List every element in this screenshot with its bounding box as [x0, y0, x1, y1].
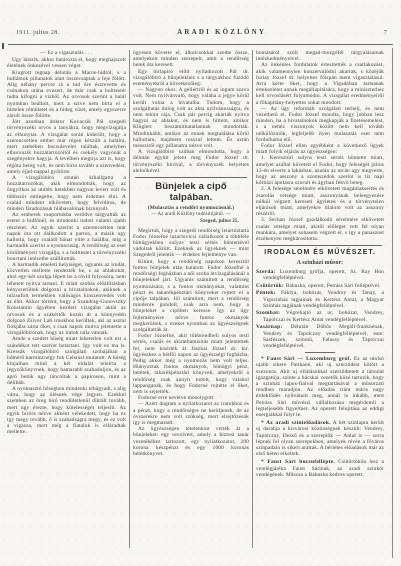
divider-rule [258, 245, 382, 246]
section-title: IRODALOM ÉS MŰVÉSZET. [256, 250, 384, 256]
item-lead: Szombat: [256, 310, 280, 316]
divider-rule [135, 177, 247, 178]
column-divider [129, 50, 130, 548]
paragraph: Jött azonban doktor Kovacsik Pál szegedi… [7, 119, 126, 175]
paragraph: A nyomasztó hőségben mindenki elbágyadt,… [7, 386, 126, 436]
divider-rule [305, 352, 335, 353]
column-layout: — Ez a vigasztalás . . .Ugy látszik, akk… [7, 50, 384, 550]
program-item: Szombat: Végrehajtó az ur, bohózat, Vend… [256, 310, 384, 322]
column-divider [252, 50, 253, 548]
paragraph: — Ez a vigasztalás . . . [7, 50, 126, 56]
newspaper-title: ARADI KÖZLÖNY [60, 28, 384, 36]
page-number: 7 [384, 29, 387, 36]
paragraph: A harmadik emeleti helyiséget, ugyanis a… [7, 262, 126, 336]
program-item: Vasárnap: Délután Dübös Megáll-franknéna… [256, 324, 384, 349]
item-lead: * Az aradi szinielőadások. [261, 420, 331, 426]
right-column-rule [392, 48, 393, 558]
subsection-title: A szinházi műsor: [256, 260, 384, 266]
program-item: Péntek: Fáklya, bohózat, Vendrey és Tana… [256, 290, 384, 309]
paragraph: A vizsgálóbiró szóban elmondotta, hogy a… [133, 149, 249, 174]
item-lead: Szerda: [256, 269, 276, 275]
paragraph: Az önkéntes fordulatok értesitették a cs… [256, 62, 384, 105]
item-lead: * Faust Sári bucsufellépte. [261, 459, 335, 465]
paragraph: — Az ügy reformált szolgálati terhelj, é… [256, 106, 384, 143]
item-lead: Péntek: [256, 290, 276, 296]
program-item: Csütörtök: Babuska, operett, Petráss Sár… [256, 283, 384, 289]
paragraph: Amde a szedett hüség miatt lehetetlen vo… [7, 336, 126, 386]
item-lead: * Faust Sári — Luxemburg gróf. [261, 356, 351, 362]
paragraph: A vizsgálóbiró ezután kihallgatta a hozz… [7, 175, 126, 212]
column-left: — Ez a vigasztalás . . .Ugy látszik, akk… [7, 50, 126, 550]
paragraph: Ugy látszik, akkor határozta el, hogy me… [7, 57, 126, 69]
paragraph: ügyesen követte el, álkulcsokkal szedte … [133, 50, 249, 69]
header-rule [8, 44, 393, 45]
article-headline: Bünjelek a cipő talpában. [133, 181, 249, 203]
newspaper-page-scan: 1911. julius 28. ARADI KÖZLÖNY 7 — Ez a … [0, 0, 401, 566]
issue-date: 1911. julius 28. [16, 30, 60, 36]
item-lead: Csütörtök: [256, 283, 284, 289]
paragraph: Az ügyészségen tételenkint vették át a b… [133, 426, 249, 457]
paragraph: Kitünt, hogy a rendőrség napokon kereszt… [133, 259, 249, 333]
dateline: Szeged, julius 25. [133, 219, 249, 225]
paragraph: — Nagyon okos. A gellértről és az ingum … [133, 87, 249, 149]
paragraph: Kiugrott tegnap délután a Maros-hidról, … [7, 70, 126, 120]
paragraph: 3. Sechan József gazdálkodó sérelmére el… [256, 217, 384, 242]
news-item: * Faust Sári — Luxemburg gróf. Ez az uto… [256, 356, 384, 418]
paragraph: Fodor József ellen egyébként a következő… [256, 143, 384, 155]
paragraph: — Azért dugtam a nyilatkozatot az iratok… [133, 401, 249, 426]
paragraph: 2. A felesége sérelmére elkövetett magán… [256, 186, 384, 217]
column-right: bontásáról szólt megad-mozgófél tárgyalá… [256, 50, 384, 550]
scan-edge-mark [2, 43, 4, 49]
news-item: * Az aradi szinielőadások. A hét szinlap… [256, 420, 384, 457]
paragraph: Az emberek csoportokba verődve tárgyaltá… [7, 212, 126, 262]
program-item: Szerda: Luxemburg grófja, operett, Sz. R… [256, 269, 384, 281]
article-subhead: (Mulasztás a rendőri nyomozásnál.) [133, 205, 249, 211]
item-lead: Vasárnap: [256, 324, 282, 330]
column-middle: ügyesen követte el, álkulcsokkal szedte … [133, 50, 249, 550]
byline: — Az aradi Közlöny tudósitójától. — [133, 212, 249, 218]
paragraph: Fodor Józsefné, akit többrendbeli sulyos… [133, 333, 249, 395]
news-item: * Faust Sári bucsufellépte. Csütörtökön … [256, 459, 384, 478]
paragraph: Megirtuk, hogy a szegedi rendőrség letar… [133, 228, 249, 259]
paragraph: Egy hirlapiró előtt nyilatkozott Pál dr.… [133, 69, 249, 88]
paragraph: bontásáról szólt megad-mozgófél tárgyalá… [256, 50, 384, 62]
paragraph: 1. Keresztúri sulyos testi sértés büntet… [256, 155, 384, 186]
page-header: 1911. julius 28. ARADI KÖZLÖNY 7 [0, 28, 401, 36]
